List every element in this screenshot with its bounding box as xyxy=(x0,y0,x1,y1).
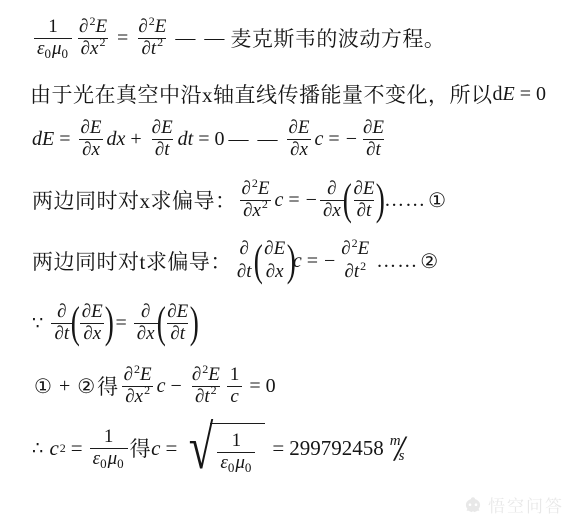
wave-equation-line: 1 ε0μ0 ∂2E ∂x2 = ∂2E ∂t2 — — 麦克斯韦的波动方程。 xyxy=(32,8,445,68)
fraction-one-over-eps0-mu0: 1 ε0μ0 xyxy=(217,431,255,473)
fraction-d2E-dx2: ∂2E ∂x2 xyxy=(76,17,110,59)
fraction-dE-dx: ∂E ∂x xyxy=(286,118,313,160)
equation-ref-1: ① xyxy=(426,188,448,212)
watermark: 悟空问答 xyxy=(463,492,564,517)
total-differential-line: dE = ∂E ∂x dx + ∂E ∂t dt = 0 — — ∂E ∂x c… xyxy=(32,112,389,166)
left-paren: ( xyxy=(253,240,262,282)
equation-ref-1: ① xyxy=(32,374,54,398)
partial-t-label: 两边同时对t求偏导： xyxy=(32,246,232,276)
therefore-symbol: ∴ xyxy=(32,438,49,459)
fraction-d-dt: ∂ ∂t xyxy=(51,302,72,344)
right-paren: ) xyxy=(287,240,296,282)
speed-of-light-value: 299792458 xyxy=(289,436,384,461)
because-symbol: ∵ xyxy=(32,313,49,334)
fraction-dE-dt: ∂E ∂t xyxy=(149,118,176,160)
fraction-d2E-dx2: ∂2E ∂x2 xyxy=(121,365,155,407)
get-label: 得 xyxy=(130,433,152,463)
equation-ref-2: ② xyxy=(418,249,440,273)
partial-t-line: 两边同时对t求偏导： ∂ ∂t ( ∂E ∂x ) c = − ∂2E ∂t2 … xyxy=(32,232,440,290)
dots: …… xyxy=(382,189,426,212)
mixed-partials-line: ∵ ∂ ∂t ( ∂E ∂x ) = ∂ ∂x ( ∂E ∂t ) xyxy=(32,295,196,351)
double-dash: — — xyxy=(171,27,230,50)
fraction-d-dt: ∂ ∂t xyxy=(234,239,255,282)
partial-x-label: 两边同时对x求偏导： xyxy=(32,185,237,215)
speed-result-line: ∴ c2 = 1 ε0μ0 得 c = √ 1 ε0μ0 = 299792458… xyxy=(32,416,404,480)
right-paren: ) xyxy=(190,302,199,344)
left-paren: ( xyxy=(156,302,165,344)
equals-sign: = xyxy=(112,27,133,50)
left-paren: ( xyxy=(71,302,80,344)
partial-x-line: 两边同时对x求偏导： ∂2E ∂x2 c = − ∂ ∂x ( ∂E ∂t ) … xyxy=(32,174,448,226)
fraction-dE-dt: ∂E ∂t xyxy=(350,179,377,221)
sum-equations-line: ① + ② 得 ∂2E ∂x2 c − ∂2E ∂t2 1 c = 0 xyxy=(32,359,276,413)
fraction-d2E-dx2: ∂2E ∂x2 xyxy=(239,179,273,221)
dots: …… xyxy=(374,250,418,273)
fraction-d-dx: ∂ ∂x xyxy=(134,302,158,344)
watermark-text: 悟空问答 xyxy=(488,492,564,517)
fraction-one-over-eps0-mu0: 1 ε0μ0 xyxy=(34,17,72,59)
fraction-dE-dt: ∂E ∂t xyxy=(360,118,387,160)
fraction-d-dx: ∂ ∂x xyxy=(320,179,344,221)
right-paren: ) xyxy=(376,179,385,221)
fraction-dE-dx: ∂E ∂x xyxy=(78,118,105,160)
wukong-logo-icon xyxy=(463,496,483,514)
premise-line: 由于光在真空中沿x轴直线传播能量不变化，所以 dE = 0 xyxy=(30,80,546,108)
math-derivation-page: 1 ε0μ0 ∂2E ∂x2 = ∂2E ∂t2 — — 麦克斯韦的波动方程。 … xyxy=(0,0,588,527)
meters-per-second-unit: m / s xyxy=(390,433,405,464)
fraction-dE-dx: ∂E ∂x xyxy=(261,239,288,282)
equation-ref-2: ② xyxy=(75,374,97,398)
get-label: 得 xyxy=(97,371,119,401)
fraction-d2E-dt2: ∂2E ∂t2 xyxy=(338,239,372,282)
left-paren: ( xyxy=(343,179,352,221)
double-dash: — — xyxy=(225,128,284,151)
fraction-d2E-dt2: ∂2E ∂t2 xyxy=(135,17,169,59)
fraction-one-over-c: 1 c xyxy=(227,365,243,407)
fraction-one-over-eps0-mu0: 1 ε0μ0 xyxy=(90,427,128,469)
right-paren: ) xyxy=(105,302,114,344)
radical-sign: √ xyxy=(189,422,214,474)
square-root: √ 1 ε0μ0 xyxy=(184,422,265,474)
wave-equation-caption: 麦克斯韦的波动方程。 xyxy=(230,23,445,53)
fraction-dE-dx: ∂E ∂x xyxy=(79,302,106,344)
fraction-dE-dt: ∂E ∂t xyxy=(164,302,191,344)
premise-text: 由于光在真空中沿x轴直线传播能量不变化，所以 xyxy=(30,79,493,109)
fraction-d2E-dt2: ∂2E ∂t2 xyxy=(189,365,223,407)
